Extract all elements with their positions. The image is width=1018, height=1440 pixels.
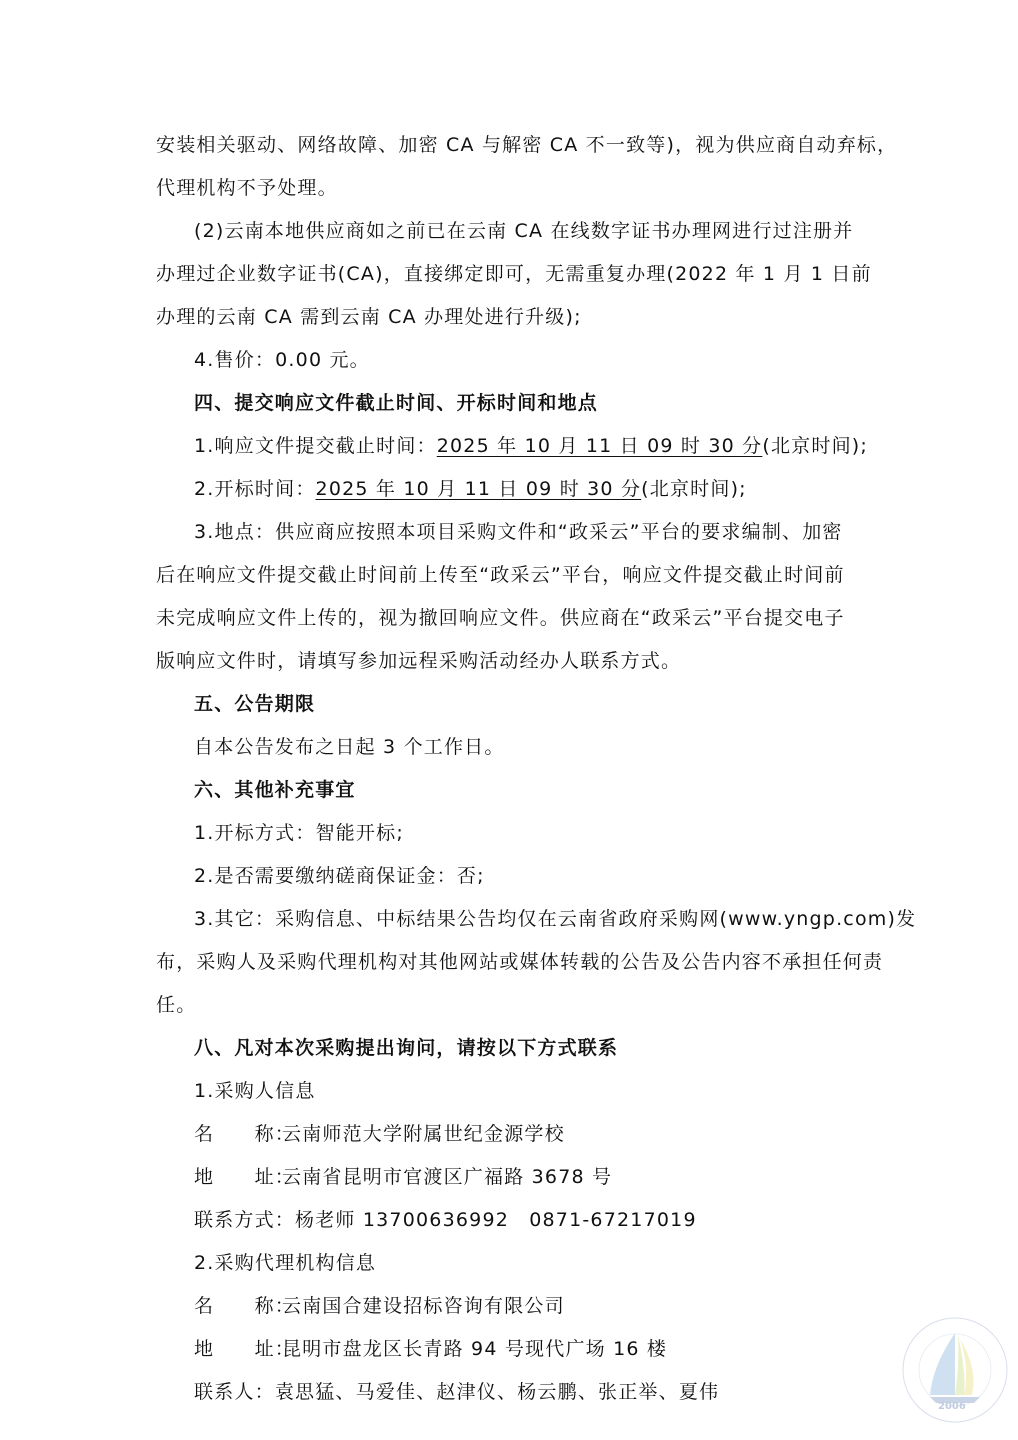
field-label: 名 称： — [194, 1122, 282, 1146]
agency-address: 昆明市盘龙区长青路 94 号现代广场 16 楼 — [282, 1338, 667, 1360]
field-label: 联系人： — [194, 1381, 275, 1403]
text-line: 后在响应文件提交截止时间前上传至“政采云”平台，响应文件提交截止时间前 — [156, 563, 845, 587]
timezone-note: (北京时间); — [762, 435, 868, 457]
text-line: 3.其它：采购信息、中标结果公告均仅在云南省政府采购网(www.yngp.com… — [194, 907, 916, 931]
purchaser-name: 云南师范大学附属世纪金源学校 — [282, 1123, 565, 1145]
field-label: 地 址： — [194, 1165, 282, 1189]
agency-address-line: 地 址：昆明市盘龙区长青路 94 号现代广场 16 楼 — [194, 1337, 667, 1361]
deadline-date: 2025 年 10 月 11 日 09 时 30 分 — [437, 435, 763, 457]
agency-contact-line: 联系人：袁思猛、马爱佳、赵津仪、杨云鹏、张正举、夏伟 — [194, 1380, 719, 1404]
purchaser-name-line: 名 称：云南师范大学附属世纪金源学校 — [194, 1122, 565, 1146]
section-heading: 六、其他补充事宜 — [194, 778, 356, 802]
deadline-label: 1.响应文件提交截止时间： — [194, 435, 437, 457]
text-line: 1.开标方式：智能开标; — [194, 821, 404, 845]
agency-name: 云南国合建设招标咨询有限公司 — [282, 1295, 565, 1317]
text-line: 未完成响应文件上传的，视为撤回响应文件。供应商在“政采云”平台提交电子 — [156, 606, 845, 630]
text-line: 自本公告发布之日起 3 个工作日。 — [194, 735, 505, 759]
school-logo-icon: 2006 — [900, 1315, 1010, 1425]
logo-year: 2006 — [938, 1401, 966, 1412]
opening-time-label: 2.开标时间： — [194, 478, 316, 500]
section-heading: 五、公告期限 — [194, 692, 315, 716]
timezone-note: (北京时间); — [641, 478, 747, 500]
text-line: 布，采购人及采购代理机构对其他网站或媒体转载的公告及公告内容不承担任何责 — [156, 950, 883, 974]
price-line: 4.售价：0.00 元。 — [194, 348, 370, 372]
text-line: 任。 — [156, 993, 196, 1017]
text-line: 办理的云南 CA 需到云南 CA 办理处进行升级); — [156, 305, 582, 329]
text-line: 办理过企业数字证书(CA)，直接绑定即可，无需重复办理(2022 年 1 月 1… — [156, 262, 872, 286]
subsection-title: 2.采购代理机构信息 — [194, 1251, 376, 1275]
opening-time-line: 2.开标时间：2025 年 10 月 11 日 09 时 30 分(北京时间); — [194, 477, 747, 501]
text-line: 安装相关驱动、网络故障、加密 CA 与解密 CA 不一致等)，视为供应商自动弃标… — [156, 133, 866, 157]
purchaser-contact-line: 联系方式：杨老师 13700636992 0871-67217019 — [194, 1208, 697, 1232]
purchaser-contact: 杨老师 13700636992 0871-67217019 — [295, 1209, 697, 1231]
field-label: 地 址： — [194, 1337, 282, 1361]
deadline-line: 1.响应文件提交截止时间：2025 年 10 月 11 日 09 时 30 分(… — [194, 434, 868, 458]
section-heading: 四、提交响应文件截止时间、开标时间和地点 — [194, 391, 598, 415]
text-line: 2.是否需要缴纳磋商保证金：否; — [194, 864, 485, 888]
text-line: 代理机构不予处理。 — [156, 176, 338, 200]
section-heading: 八、凡对本次采购提出询问，请按以下方式联系 — [194, 1036, 618, 1060]
field-label: 联系方式： — [194, 1209, 295, 1231]
text-line: 3.地点：供应商应按照本项目采购文件和“政采云”平台的要求编制、加密 — [194, 520, 843, 544]
purchaser-address-line: 地 址：云南省昆明市官渡区广福路 3678 号 — [194, 1165, 612, 1189]
subsection-title: 1.采购人信息 — [194, 1079, 316, 1103]
purchaser-address: 云南省昆明市官渡区广福路 3678 号 — [282, 1166, 612, 1188]
agency-contacts: 袁思猛、马爱佳、赵津仪、杨云鹏、张正举、夏伟 — [275, 1381, 719, 1403]
text-line: (2)云南本地供应商如之前已在云南 CA 在线数字证书办理网进行过注册并 — [194, 219, 853, 243]
opening-time-date: 2025 年 10 月 11 日 09 时 30 分 — [316, 478, 642, 500]
agency-name-line: 名 称：云南国合建设招标咨询有限公司 — [194, 1294, 565, 1318]
field-label: 名 称： — [194, 1294, 282, 1318]
text-line: 版响应文件时，请填写参加远程采购活动经办人联系方式。 — [156, 649, 681, 673]
